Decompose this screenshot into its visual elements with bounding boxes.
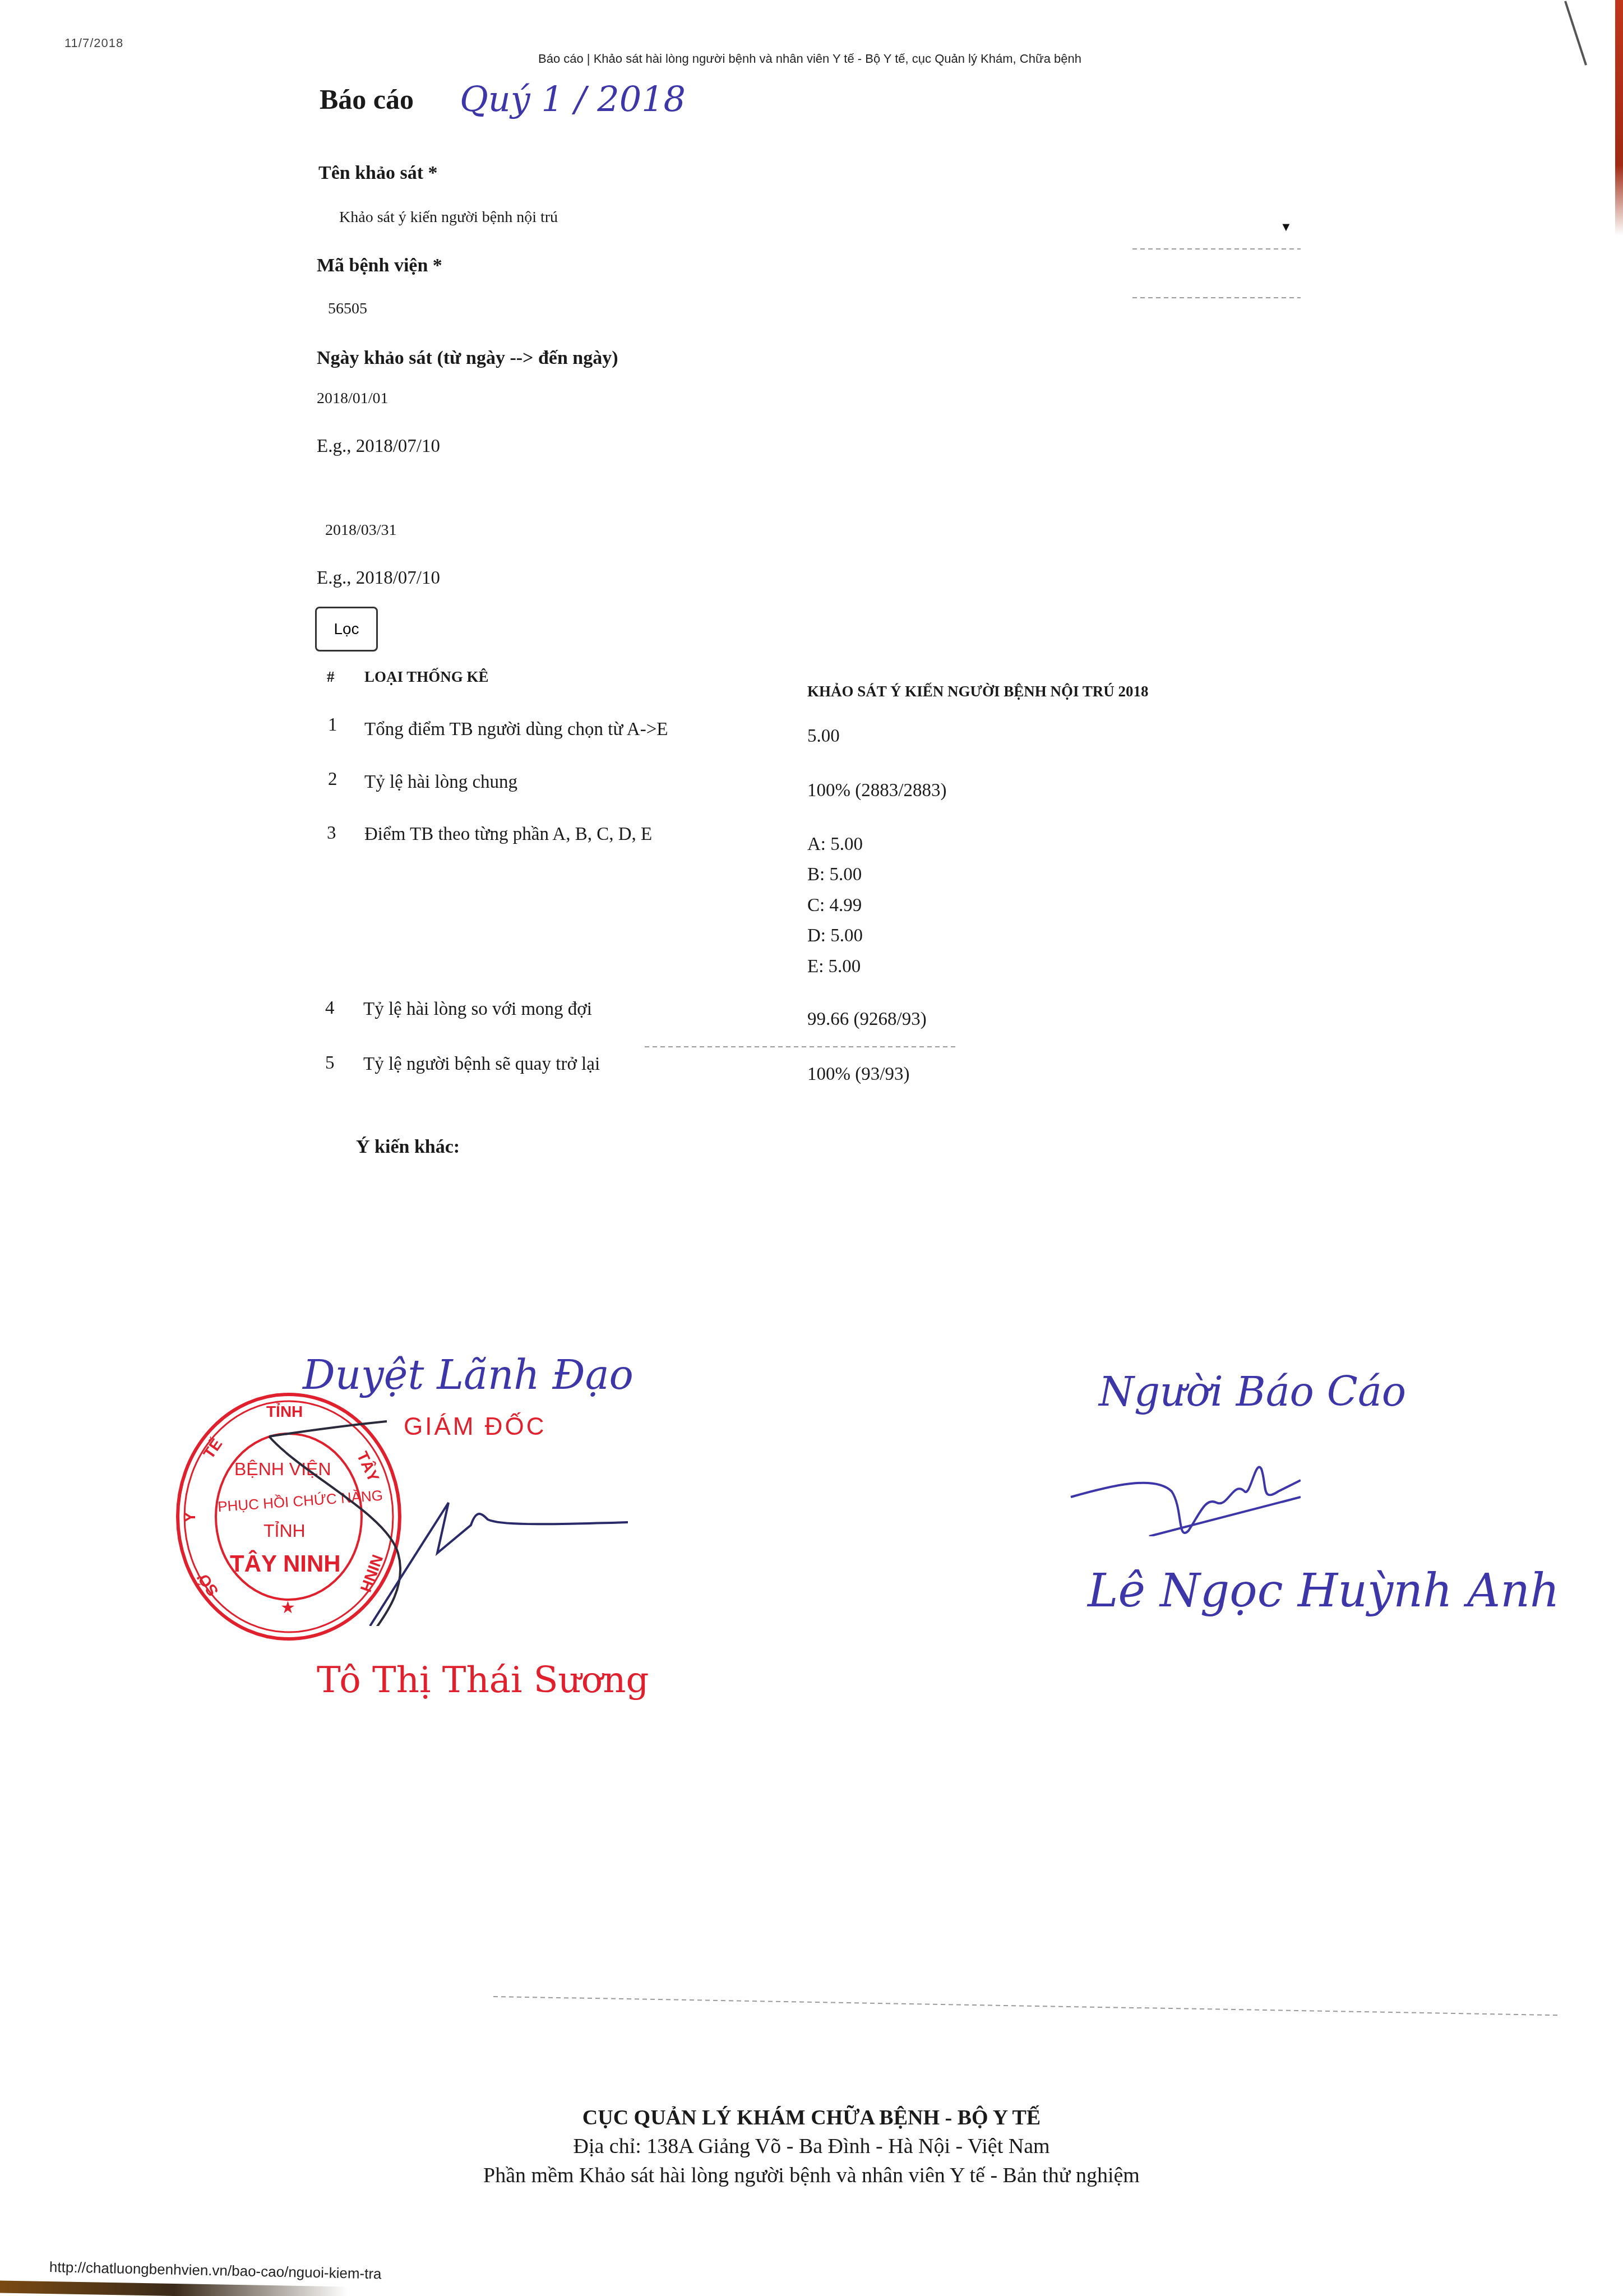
row-num: 1 (328, 715, 337, 736)
stamp-outer-y: Y (181, 1512, 199, 1523)
row-label: Tỷ lệ người bệnh sẽ quay trở lại (363, 1054, 600, 1075)
row-label: Tỷ lệ hài lòng so với mong đợi (363, 999, 592, 1020)
hospital-code-label: Mã bệnh viện * (317, 255, 442, 276)
row-value: 99.66 (9268/93) (807, 1009, 927, 1030)
row-label: Tỷ lệ hài lòng chung (364, 772, 517, 793)
row-label: Điểm TB theo từng phần A, B, C, D, E (364, 824, 652, 845)
print-url: http://chatluongbenhvien.vn/bao-cao/nguo… (49, 2258, 382, 2283)
col-header-num: # (327, 668, 335, 686)
col-header-stat-type: LOẠI THỐNG KÊ (364, 668, 489, 686)
filter-button[interactable]: Lọc (315, 607, 378, 652)
date-from-hint: E.g., 2018/07/10 (317, 436, 440, 457)
director-signature (247, 1413, 639, 1626)
row-value-a: A: 5.00 (807, 834, 863, 855)
date-range-label: Ngày khảo sát (từ ngày --> đến ngày) (317, 348, 618, 369)
chevron-down-icon[interactable]: ▼ (1280, 220, 1292, 234)
footer-org: CỤC QUẢN LÝ KHÁM CHỮA BỆNH - BỘ Y TẾ (0, 2105, 1623, 2130)
row-value-b: B: 5.00 (807, 865, 862, 885)
scan-edge-bottom (0, 2281, 348, 2296)
row-value-c: C: 4.99 (807, 895, 862, 916)
scan-line (493, 1996, 1559, 2016)
handwritten-reporter-label: Người Báo Cáo (1099, 1368, 1406, 1415)
footer-app: Phần mềm Khảo sát hài lòng người bệnh và… (0, 2163, 1623, 2188)
reporter-signature (1065, 1435, 1301, 1536)
scan-edge-right (1615, 0, 1623, 235)
hospital-code-field[interactable]: 56505 (328, 300, 367, 318)
date-to-hint: E.g., 2018/07/10 (317, 568, 440, 589)
pen-mark (1564, 1, 1587, 65)
survey-name-select[interactable]: Khảo sát ý kiến người bệnh nội trú (339, 209, 558, 227)
row-num: 3 (327, 823, 336, 844)
field-underline (1132, 297, 1301, 298)
row-value-d: D: 5.00 (807, 926, 863, 946)
director-name: Tô Thị Thái Sương (317, 1660, 649, 1701)
row-num: 5 (325, 1053, 335, 1074)
handwritten-reporter-name: Lê Ngọc Huỳnh Anh (1088, 1564, 1560, 1618)
row-value: 100% (93/93) (807, 1064, 909, 1085)
survey-name-label: Tên khảo sát * (318, 163, 438, 184)
row-value-e: E: 5.00 (807, 957, 861, 977)
footer-address: Địa chỉ: 138A Giảng Võ - Ba Đình - Hà Nộ… (0, 2134, 1623, 2159)
row-value: 5.00 (807, 726, 840, 747)
print-date: 11/7/2018 (64, 36, 123, 50)
handwritten-period: Quý 1 / 2018 (460, 78, 686, 119)
row-label: Tổng điểm TB người dùng chọn từ A->E (364, 719, 668, 740)
print-header: Báo cáo | Khảo sát hài lòng người bệnh v… (538, 52, 1081, 66)
row-num: 4 (325, 998, 335, 1019)
select-underline (1132, 248, 1301, 250)
date-from-field[interactable]: 2018/01/01 (317, 390, 389, 408)
row-divider (645, 1046, 959, 1047)
row-value: 100% (2883/2883) (807, 780, 946, 801)
date-to-field[interactable]: 2018/03/31 (325, 521, 397, 539)
page-title: Báo cáo (320, 83, 414, 116)
row-num: 2 (328, 769, 337, 790)
col-header-survey: KHẢO SÁT Ý KIẾN NGƯỜI BỆNH NỘI TRÚ 2018 (807, 683, 1149, 700)
other-opinions-label: Ý kiến khác: (356, 1137, 460, 1158)
